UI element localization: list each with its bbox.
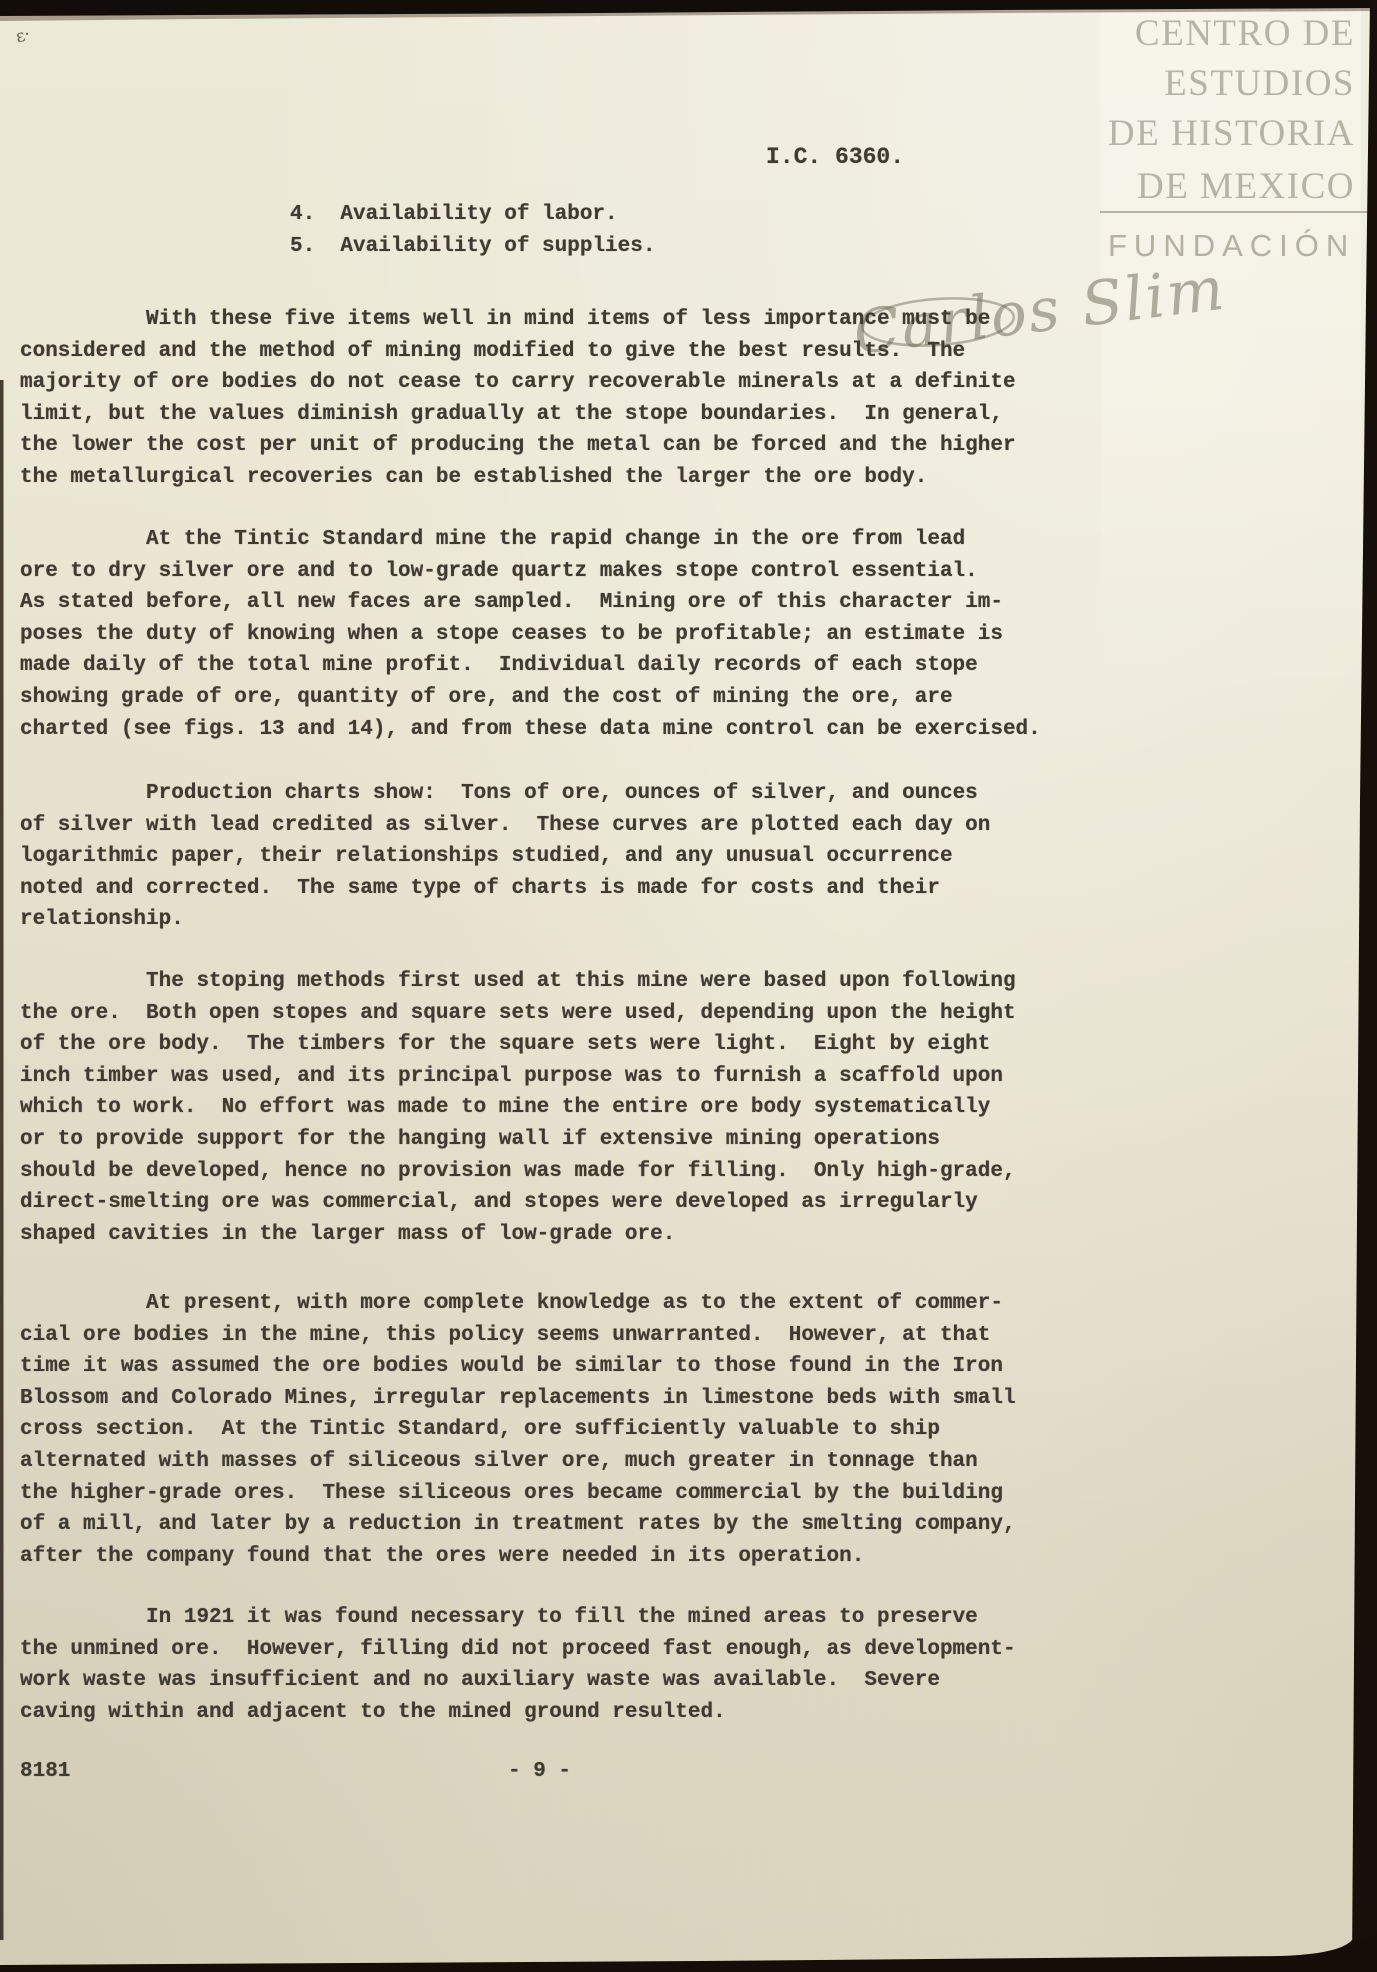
watermark-divider <box>1100 211 1377 213</box>
watermark-line-3: DE HISTORIA <box>1040 108 1355 159</box>
scanned-document-page: CENTRO DE ESTUDIOS DE HISTORIA DE MEXICO… <box>0 0 1377 1972</box>
margin-ink-mark: ε· <box>14 25 33 48</box>
watermark-line-2: ESTUDIOS <box>1040 58 1355 109</box>
availability-list: 4. Availability of labor. 5. Availabilit… <box>290 199 655 262</box>
watermark-line-4: DE MEXICO <box>1040 161 1355 212</box>
paragraph-3: Production charts show: Tons of ore, oun… <box>20 778 1130 936</box>
paragraph-4: The stoping methods first used at this m… <box>20 966 1130 1250</box>
scan-bottom-edge <box>0 1935 1377 1972</box>
footer-code: 8181 <box>20 1756 70 1788</box>
paragraph-5: At present, with more complete knowledge… <box>20 1288 1130 1572</box>
paragraph-2: At the Tintic Standard mine the rapid ch… <box>20 524 1130 745</box>
paragraph-1: With these five items well in mind items… <box>20 304 1130 494</box>
document-reference: I.C. 6360. <box>766 142 904 174</box>
paragraph-6: In 1921 it was found necessary to fill t… <box>20 1602 1130 1728</box>
scan-left-edge <box>0 380 4 1940</box>
watermark-line-1: CENTRO DE <box>1040 8 1355 59</box>
page-number: - 9 - <box>508 1756 571 1788</box>
